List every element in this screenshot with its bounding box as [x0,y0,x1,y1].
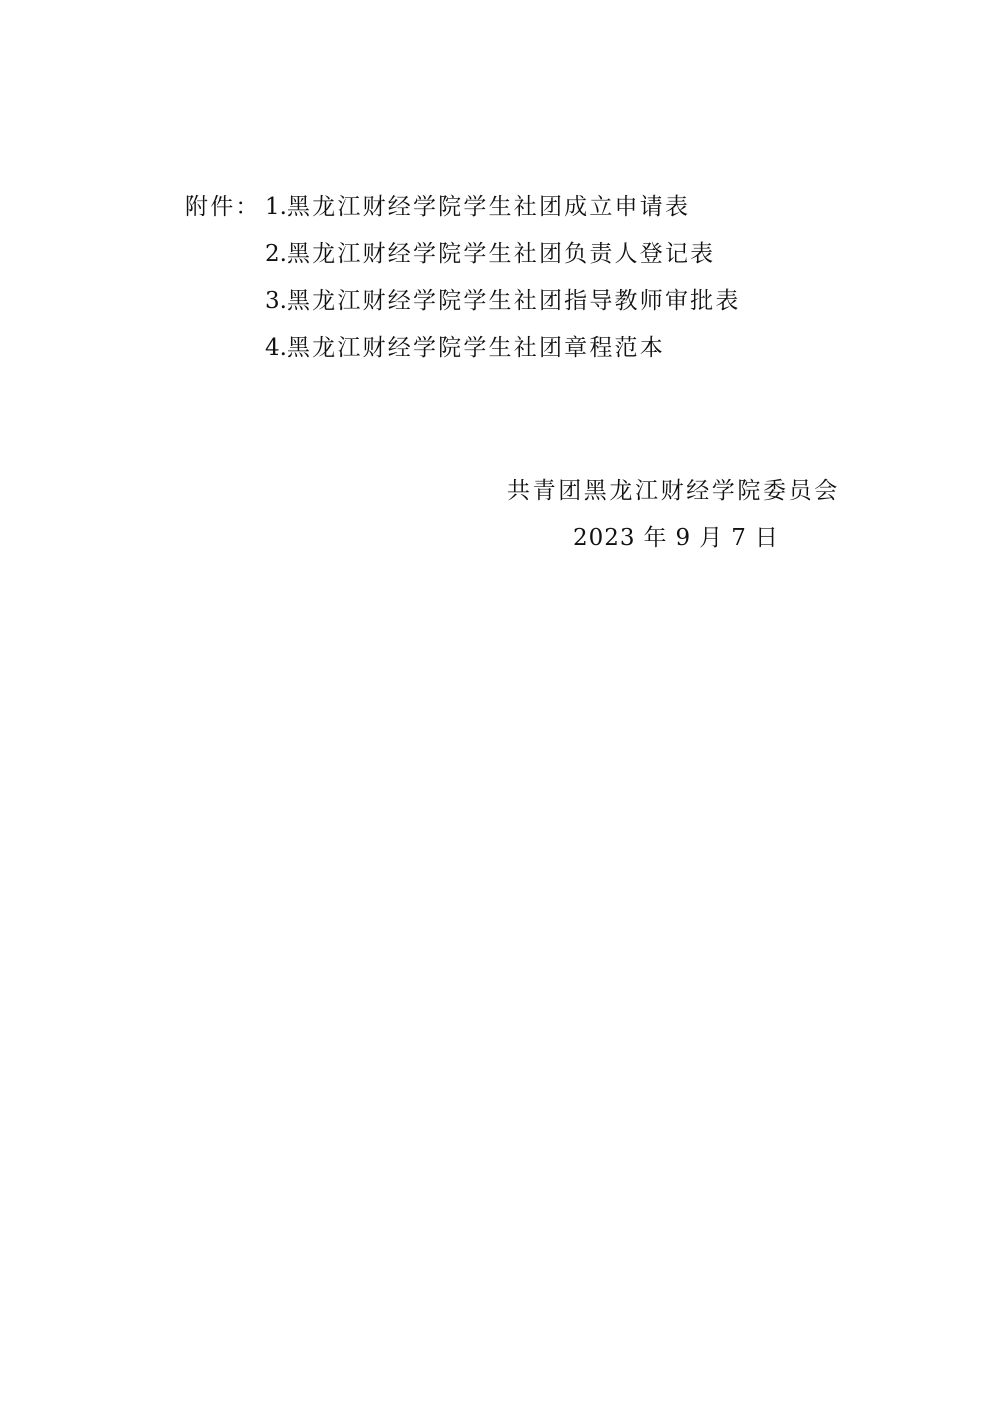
date-year-unit: 年 [644,525,668,551]
attachment-title: 黑龙江财经学院学生社团指导教师审批表 [287,282,741,315]
attachment-number: 4. [265,335,287,361]
signing-organization: 共青团黑龙江财经学院委员会 [507,472,840,505]
attachment-item: 附件： 4. 黑龙江财经学院学生社团章程范本 [185,329,741,376]
date-month-unit: 月 [699,525,723,551]
date-year: 2023 [573,525,636,551]
document-page: 附件： 1. 黑龙江财经学院学生社团成立申请表 附件： 2. 黑龙江财经学院学生… [0,0,999,1414]
attachments-list: 附件： 1. 黑龙江财经学院学生社团成立申请表 附件： 2. 黑龙江财经学院学生… [185,188,741,376]
date-day-unit: 日 [755,525,779,551]
signature-date: 2023年9月7日 [573,519,787,552]
date-month: 9 [676,525,692,551]
attachment-title: 黑龙江财经学院学生社团负责人登记表 [287,235,715,268]
attachment-number: 1. [265,194,287,220]
date-day: 7 [731,525,747,551]
attachment-number: 3. [265,288,287,314]
attachment-item: 附件： 2. 黑龙江财经学院学生社团负责人登记表 [185,235,741,282]
attachment-title: 黑龙江财经学院学生社团章程范本 [287,329,665,362]
attachment-number: 2. [265,241,287,267]
attachments-label: 附件： [185,188,265,221]
attachment-item: 附件： 3. 黑龙江财经学院学生社团指导教师审批表 [185,282,741,329]
attachment-title: 黑龙江财经学院学生社团成立申请表 [287,188,690,221]
attachment-item: 附件： 1. 黑龙江财经学院学生社团成立申请表 [185,188,741,235]
